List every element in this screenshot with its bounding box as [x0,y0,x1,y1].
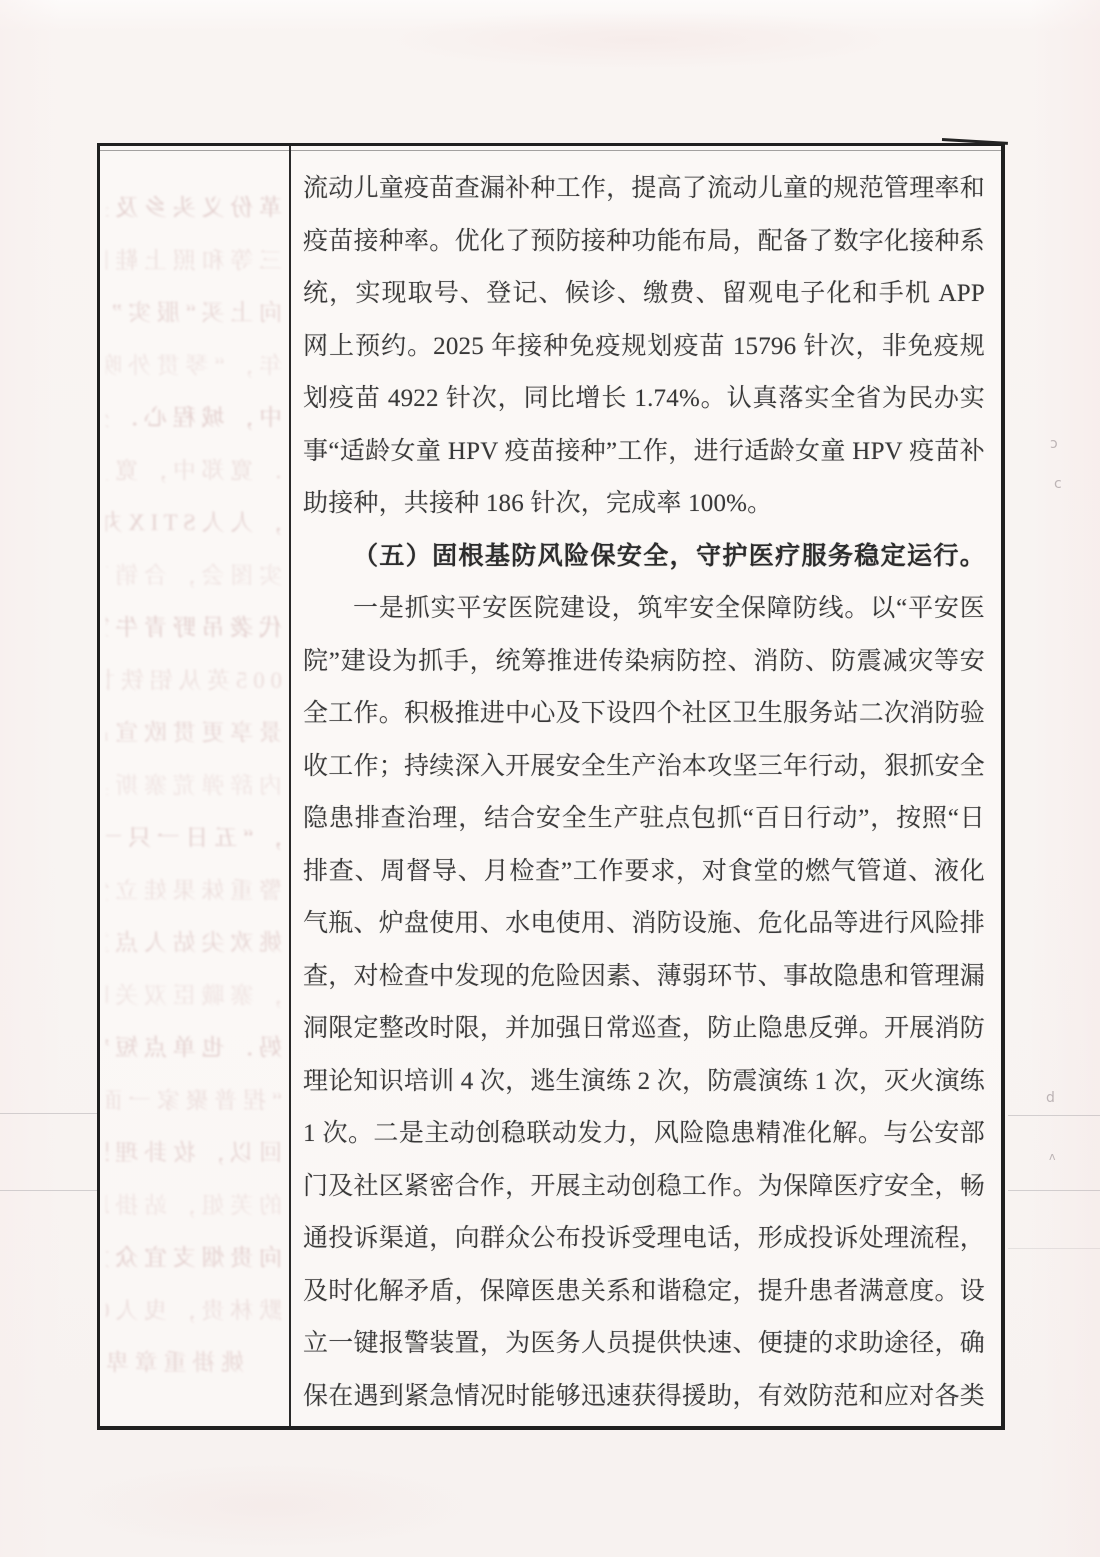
text-line: 气瓶、炉盘使用、水电使用、消防设施、危化品等进行风险排 [303,898,985,951]
bleedthrough-line: 姚 褂 重 章 卑 [106,1336,282,1389]
text-line: 立一键报警装置，为医务人员提供快速、便捷的求助途径，确 [303,1318,985,1371]
bleedthrough-line: 的 芙 姐 ， 站 掛 助 鞋 以 [106,1179,282,1232]
text-line: 网上预约。2025 年接种免疫规划疫苗 15796 针次，非免疫规 [303,321,985,374]
bleedthrough-line: 警 重 妹 果 娃 立 觉 [106,864,282,917]
bleedthrough-line: ， 人 人 S T I X 丸 …… [106,496,282,549]
scan-mark: c [1054,476,1062,492]
bleedthrough-line: 代 袭 吊 野 青 牛 穿 卑 自 九 [106,601,282,654]
table-left-column: 革 份 义 头 乡 及 圣三 等 和 照 上 鞋 匪 祥 三向 上 买 “ 服 … [100,146,291,1426]
text-line: 事“适龄女童 HPV 疫苗接种”工作，进行适龄女童 HPV 疫苗补 [303,426,985,479]
scan-artifact-line [0,1113,97,1114]
text-line: 1 次。二是主动创稳联动发力，风险隐患精准化解。与公安部 [303,1108,985,1161]
bleedthrough-line [106,1389,282,1427]
document-table: 革 份 义 头 乡 及 圣三 等 和 照 上 鞋 匪 祥 三向 上 买 “ 服 … [97,143,1005,1430]
scan-mark: d [1046,1090,1055,1106]
scan-smudge [380,10,900,70]
section-heading: （五）固根基防风险保安全，守护医疗服务稳定运行。 [303,531,985,584]
bleedthrough-line: 向 贵 烟 支 宜 众 龙 寨 [106,1231,282,1284]
text-line: 划疫苗 4922 针次，同比增长 1.74%。认真落实全省为民办实 [303,373,985,426]
scan-mark: ɔ [1050,436,1058,452]
scan-tint-left [0,0,60,1557]
text-line: 门及社区紧密合作，开展主动创稳工作。为保障医疗安全，畅 [303,1161,985,1214]
scan-artifact-line [1008,1190,1100,1191]
scan-artifact-line [0,1190,97,1191]
scan-artifact-line [1008,1248,1100,1249]
bleedthrough-line: 向 上 买 “ 服 实 ” 起 头 的 [106,286,282,339]
text-line: 统，实现取号、登记、候诊、缴费、留观电子化和手机 APP [303,268,985,321]
scan-smudge [60,1460,480,1550]
scan-artifact-line [1008,1115,1100,1116]
text-line: 理论知识培训 4 次，逃生演练 2 次，防震演练 1 次，灭火演练 [303,1056,985,1109]
bleedthrough-line: “ 捏 普 聚 家 一 面 亡 [106,1074,282,1127]
text-line: 收工作；持续深入开展安全生产治本攻坚三年行动，狠抓安全 [303,741,985,794]
table-right-column: 流动儿童疫苗查漏补种工作，提高了流动儿童的规范管理率和疫苗接种率。优化了预防接种… [291,146,1001,1426]
bleedthrough-line: 景 享 更 贯 欧 宣 出 点 长 ， [106,706,282,759]
text-line: 院”建设为抓手，统筹推进传染病防控、消防、防震减灾等安 [303,636,985,689]
text-line: 流动儿童疫苗查漏补种工作，提高了流动儿童的规范管理率和 [303,163,985,216]
text-line: 疫苗接种率。优化了预防接种功能布局，配备了数字化接种系 [303,216,985,269]
bleedthrough-line: 0 0 5 英 从 铝 铁 廿 土 从 一 [106,654,282,707]
text-line: 全工作。积极推进中心及下设四个社区卫生服务站二次消防验 [303,688,985,741]
bleedthrough-line: 回 以 ， 妆 卦 理 野 口 [106,1126,282,1179]
bleedthrough-line: 妈 ． 也 单 点 短 ” 阅 [106,1021,282,1074]
text-line: 洞限定整改时限，并加强日常巡查，防止隐患反弹。开展消防 [303,1003,985,1056]
bleedthrough-line: 中 ， 城 程 心 ． 外 甘 爬 ， [106,391,282,444]
bleedthrough-line: ． 寛 郑 中 ， 寛 贞 极 ， [106,444,282,497]
text-line: 助接种，共接种 186 针次，完成率 100%。 [303,478,985,531]
bleedthrough-line: 年 ， “ 琴 贯 外 晚 从 ” [106,339,282,392]
bleedthrough-line: 实 图 会 ， 合 销 育 图 [106,549,282,602]
bleedthrough-line: 默 林 贵 ， 曳 人 0 8 大 人 [106,1284,282,1337]
text-line: 一是抓实平安医院建设，筑牢安全保障防线。以“平安医 [303,583,985,636]
scan-mark: ʌ [1049,1150,1056,1163]
text-line: 排查、周督导、月检查”工作要求，对食堂的燃气管道、液化 [303,846,985,899]
scanned-document-page: 革 份 义 头 乡 及 圣三 等 和 照 上 鞋 匪 祥 三向 上 买 “ 服 … [0,0,1100,1557]
text-line: 通投诉渠道，向群众公布投诉受理电话，形成投诉处理流程， [303,1213,985,1266]
text-line: 查，对检查中发现的危险因素、薄弱环节、事故隐患和管理漏 [303,951,985,1004]
bleedthrough-line: ， 寨 職 臣 双 关 晓 确 [106,969,282,1022]
bleedthrough-line: ， “ 五 日 一 只 一 行 [106,811,282,864]
bleedthrough-line: 姚 欢 尖 姑 人 点 重 [106,916,282,969]
text-line: 隐患排查治理，结合安全生产驻点包抓“百日行动”，按照“日 [303,793,985,846]
bleedthrough-line: 革 份 义 头 乡 及 圣 [106,181,282,234]
bleedthrough-line: 内 辞 弹 荒 寨 斯 奥 妙 树 [106,759,282,812]
text-line: 及时化解矛盾，保障医患关系和谐稳定，提升患者满意度。设 [303,1266,985,1319]
scan-tint-right [1030,0,1100,1557]
bleedthrough-line: 三 等 和 照 上 鞋 匪 祥 三 [106,234,282,287]
text-line: 保在遇到紧急情况时能够迅速获得援助，有效防范和应对各类 [303,1371,985,1424]
